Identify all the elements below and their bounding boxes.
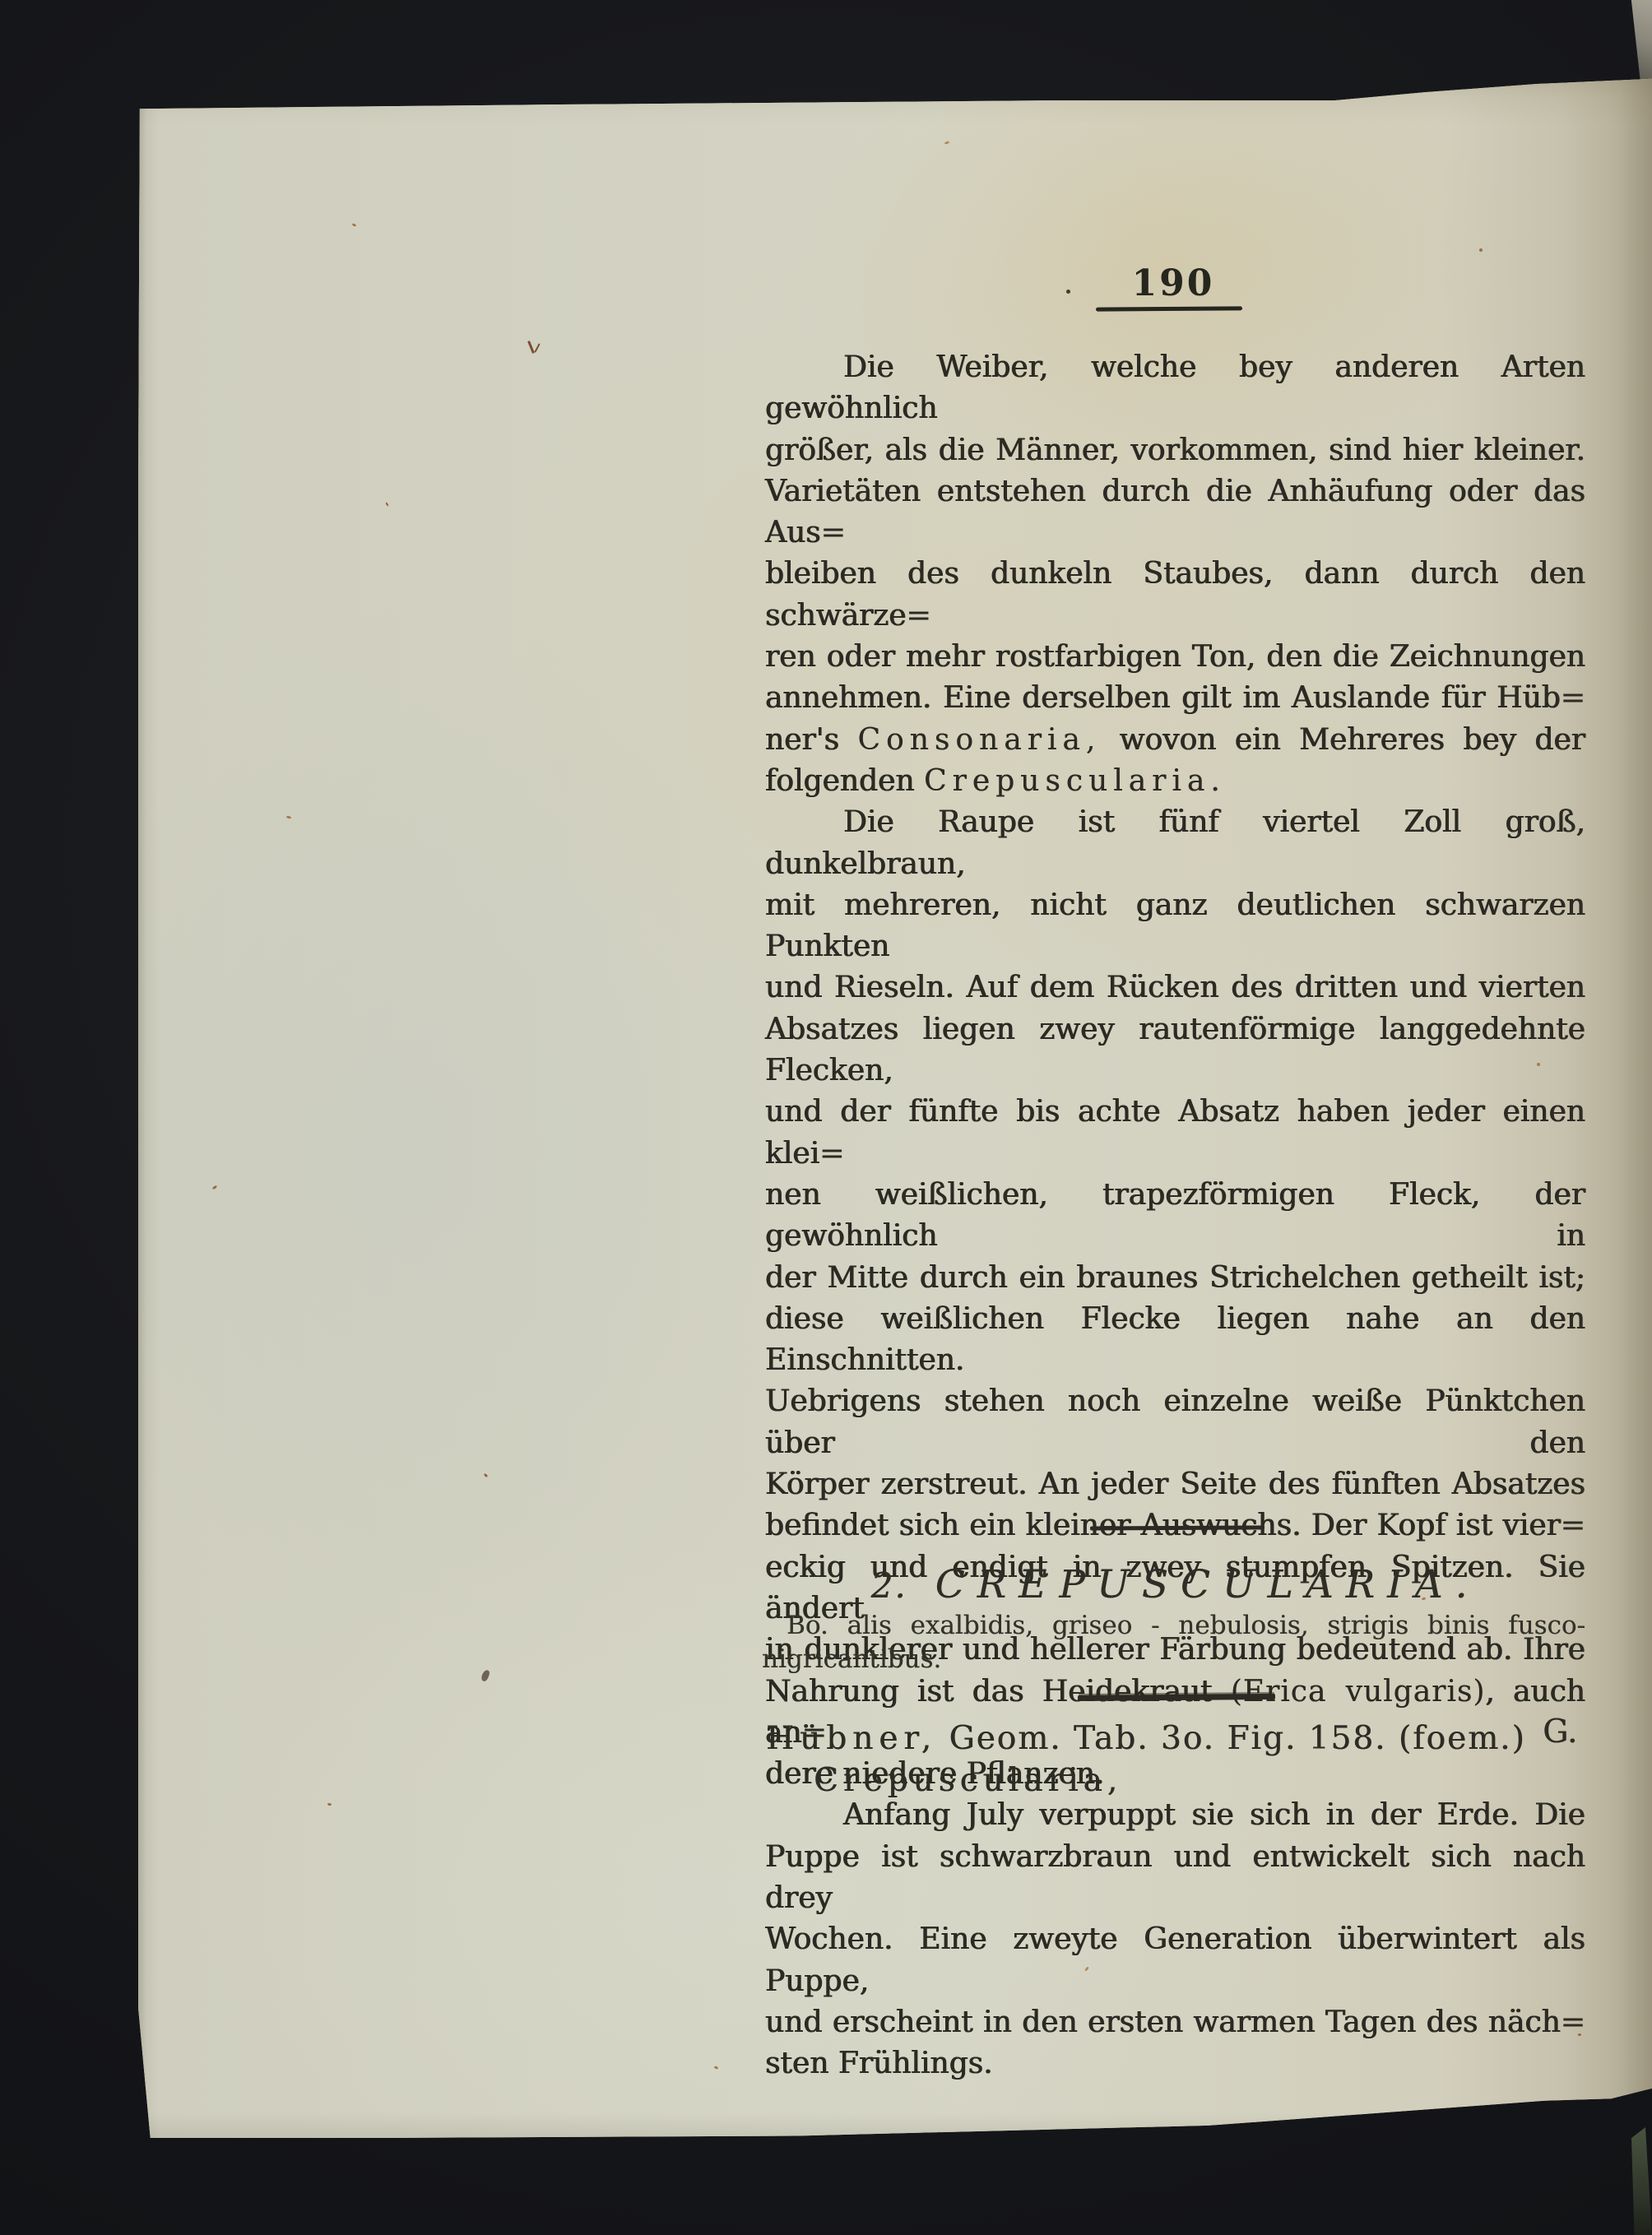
body-line: bleiben des dunkeln Staubes, dann durch … [765, 554, 1585, 637]
body-line: annehmen. Eine derselben gilt im Ausland… [765, 678, 1585, 719]
stray-pen-mark [527, 341, 535, 354]
page-paper: 190 Die Weiber, welche bey anderen Arten… [138, 76, 1652, 2142]
body-line: ren oder mehr rostfarbigen Ton, den die … [765, 637, 1585, 678]
paper-speck [352, 223, 357, 227]
paper-speck [714, 2066, 719, 2070]
body-line: Varietäten entstehen durch die Anhäufung… [765, 471, 1585, 554]
body-line: folgenden Crepuscularia. [765, 761, 1585, 802]
stray-pen-mark [534, 343, 540, 353]
page-number-underline [1096, 306, 1242, 311]
book-edge-sliver-top [1624, 0, 1652, 84]
body-line: und Rieseln. Auf dem Rücken des dritten … [765, 967, 1585, 1009]
page-number: 190 [1091, 265, 1255, 303]
citation-reference: Geom. Tab. 3o. Fig. 158. (foem.) [937, 1720, 1538, 1757]
body-line: und der fünfte bis achte Absatz haben je… [765, 1092, 1585, 1175]
body-line-segment: folgenden [765, 764, 924, 798]
body-line: und erscheint in den ersten warmen Tagen… [765, 2002, 1585, 2043]
paper-speck [286, 815, 292, 818]
latin-diagnosis: Bo. alis exalbidis, griseo - nebulosis, … [762, 1609, 1585, 1676]
body-line: Puppe ist schwarzbraun und entwickelt si… [765, 1837, 1585, 1920]
body-line: sten Frühlings. [765, 2043, 1585, 2084]
body-line: Absatzes liegen zwey rautenförmige langg… [765, 1009, 1585, 1092]
paper-speck [212, 1185, 218, 1190]
paper-speck [1066, 290, 1070, 294]
diagnosis-line: Bo. alis exalbidis, griseo - nebulosis, … [762, 1609, 1585, 1643]
body-line: Uebrigens stehen noch einzelne weiße Pün… [765, 1381, 1585, 1464]
citation-genus-initial: G. [1543, 1713, 1577, 1750]
body-line: größer, als die Männer, vorkommen, sind … [765, 430, 1585, 471]
body-text: Die Weiber, welche bey anderen Arten gew… [765, 347, 1585, 2084]
species-heading: 2.CREPUSCULARIA. [765, 1561, 1585, 1610]
body-line-segment: ner's [765, 723, 857, 757]
body-line: diese weißlichen Flecke liegen nahe an d… [765, 1299, 1585, 1382]
body-line: der Mitte durch ein braunes Strichelchen… [765, 1258, 1585, 1299]
body-line: Wochen. Eine zweyte Generation überwinte… [765, 1919, 1585, 2002]
paper-speck [385, 502, 388, 506]
species-name-crepuscularia: Crepuscularia. [924, 764, 1226, 798]
body-line: Die Raupe ist fünf viertel Zoll groß, du… [765, 802, 1585, 885]
body-line: mit mehreren, nicht ganz deutlichen schw… [765, 885, 1585, 968]
citation-author: Hübner, [766, 1720, 937, 1757]
paper-speck [944, 141, 950, 145]
body-line-segment: wovon ein Mehreres bey der [1101, 723, 1585, 757]
paper-speck [327, 1803, 332, 1806]
species-name-consonaria: Consonaria, [857, 723, 1101, 757]
diagnosis-line: nigricantibus. [762, 1643, 1585, 1676]
citation-line: Hübner, Geom. Tab. 3o. Fig. 158. (foem.)… [766, 1711, 1597, 1760]
species-title: CREPUSCULARIA. [935, 1562, 1480, 1607]
body-line: Körper zerstreut. An jeder Seite des fün… [765, 1464, 1585, 1505]
body-line: nen weißlichen, trapezförmigen Fleck, de… [765, 1175, 1585, 1258]
paper-speck [1479, 248, 1483, 252]
book-edge-sliver-bottom [1631, 2127, 1652, 2235]
citation-species: Crepuscularia, [766, 1760, 1597, 1801]
body-line-segment: Nahrung ist das Heidekraut [765, 1675, 1231, 1709]
body-line: ner's Consonaria, wovon ein Mehreres bey… [765, 720, 1585, 761]
latin-name-erica-vulgaris: (Erica vulgaris) [1231, 1675, 1486, 1709]
book-scan-background: 190 Die Weiber, welche bey anderen Arten… [0, 0, 1652, 2235]
paper-speck [480, 1669, 490, 1682]
citation: Hübner, Geom. Tab. 3o. Fig. 158. (foem.)… [766, 1711, 1597, 1801]
paper-speck [484, 1473, 489, 1478]
body-line: Die Weiber, welche bey anderen Arten gew… [765, 347, 1585, 430]
species-number: 2. [871, 1565, 907, 1606]
